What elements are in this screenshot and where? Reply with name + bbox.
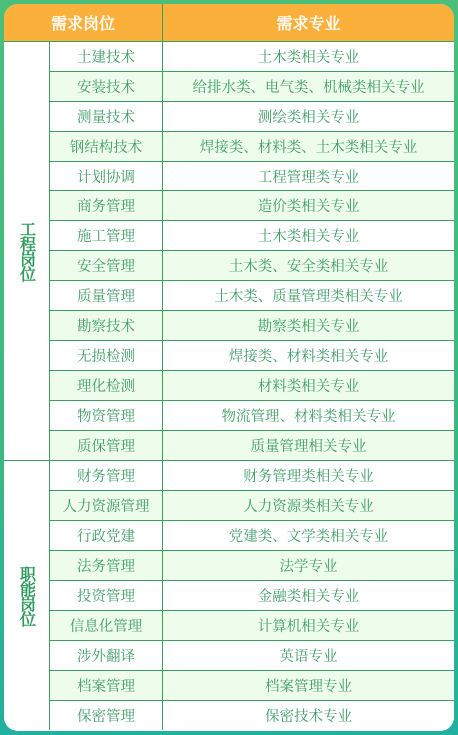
table-row: 商务管理造价类相关专业 bbox=[50, 191, 454, 221]
header-major: 需求专业 bbox=[163, 4, 454, 41]
header-position: 需求岗位 bbox=[4, 4, 163, 41]
position-cell: 理化检测 bbox=[50, 371, 163, 400]
position-cell: 勘察技术 bbox=[50, 311, 163, 340]
position-cell: 人力资源管理 bbox=[50, 491, 163, 520]
major-cell: 人力资源类相关专业 bbox=[163, 491, 454, 520]
major-cell: 计算机相关专业 bbox=[163, 611, 454, 640]
position-cell: 行政党建 bbox=[50, 521, 163, 550]
table-row: 保密管理保密技术专业 bbox=[50, 701, 454, 731]
position-cell: 保密管理 bbox=[50, 701, 163, 731]
table-row: 涉外翻译英语专业 bbox=[50, 641, 454, 671]
position-cell: 计划协调 bbox=[50, 162, 163, 191]
major-cell: 保密技术专业 bbox=[163, 701, 454, 731]
major-cell: 英语专业 bbox=[163, 641, 454, 670]
table-row: 财务管理财务管理类相关专业 bbox=[50, 461, 454, 491]
position-cell: 测量技术 bbox=[50, 102, 163, 131]
table-body: 工程岗位土建技术土木类相关专业安装技术给排水类、电气类、机械类相关专业测量技术测… bbox=[4, 42, 454, 730]
table-row: 质保管理质量管理相关专业 bbox=[50, 431, 454, 461]
position-cell: 质保管理 bbox=[50, 431, 163, 461]
position-cell: 财务管理 bbox=[50, 461, 163, 490]
table-row: 质量管理土木类、质量管理类相关专业 bbox=[50, 281, 454, 311]
major-cell: 党建类、文学类相关专业 bbox=[163, 521, 454, 550]
position-cell: 安装技术 bbox=[50, 72, 163, 101]
table-row: 计划协调工程管理类专业 bbox=[50, 162, 454, 192]
major-cell: 造价类相关专业 bbox=[163, 191, 454, 220]
table-row: 安全管理土木类、安全类相关专业 bbox=[50, 251, 454, 281]
table-row: 人力资源管理人力资源类相关专业 bbox=[50, 491, 454, 521]
group-functional: 职能岗位财务管理财务管理类相关专业人力资源管理人力资源类相关专业行政党建党建类、… bbox=[4, 461, 454, 730]
category-label: 职能岗位 bbox=[19, 566, 35, 626]
table-row: 信息化管理计算机相关专业 bbox=[50, 611, 454, 641]
major-cell: 法学专业 bbox=[163, 551, 454, 580]
category-label: 工程岗位 bbox=[19, 221, 35, 281]
major-cell: 物流管理、材料类相关专业 bbox=[163, 401, 454, 430]
position-cell: 投资管理 bbox=[50, 581, 163, 610]
category-cell: 工程岗位 bbox=[4, 42, 50, 460]
table-row: 测量技术测绘类相关专业 bbox=[50, 102, 454, 132]
table-row: 勘察技术勘察类相关专业 bbox=[50, 311, 454, 341]
position-cell: 施工管理 bbox=[50, 221, 163, 250]
table-header: 需求岗位 需求专业 bbox=[4, 4, 454, 42]
position-cell: 商务管理 bbox=[50, 191, 163, 220]
position-cell: 物资管理 bbox=[50, 401, 163, 430]
table-row: 安装技术给排水类、电气类、机械类相关专业 bbox=[50, 72, 454, 102]
position-cell: 安全管理 bbox=[50, 251, 163, 280]
table-row: 法务管理法学专业 bbox=[50, 551, 454, 581]
position-cell: 质量管理 bbox=[50, 281, 163, 310]
major-cell: 土木类、安全类相关专业 bbox=[163, 251, 454, 280]
table-row: 钢结构技术焊接类、材料类、土木类相关专业 bbox=[50, 132, 454, 162]
table-row: 行政党建党建类、文学类相关专业 bbox=[50, 521, 454, 551]
major-cell: 测绘类相关专业 bbox=[163, 102, 454, 131]
table-row: 理化检测材料类相关专业 bbox=[50, 371, 454, 401]
major-cell: 勘察类相关专业 bbox=[163, 311, 454, 340]
position-cell: 信息化管理 bbox=[50, 611, 163, 640]
position-cell: 无损检测 bbox=[50, 341, 163, 370]
position-cell: 档案管理 bbox=[50, 671, 163, 700]
table-row: 土建技术土木类相关专业 bbox=[50, 42, 454, 72]
category-cell: 职能岗位 bbox=[4, 461, 50, 730]
major-cell: 土木类相关专业 bbox=[163, 221, 454, 250]
requirements-table: 需求岗位 需求专业 工程岗位土建技术土木类相关专业安装技术给排水类、电气类、机械… bbox=[4, 4, 454, 731]
major-cell: 工程管理类专业 bbox=[163, 162, 454, 191]
major-cell: 金融类相关专业 bbox=[163, 581, 454, 610]
table-row: 无损检测焊接类、材料类相关专业 bbox=[50, 341, 454, 371]
major-cell: 土木类相关专业 bbox=[163, 42, 454, 71]
major-cell: 质量管理相关专业 bbox=[163, 431, 454, 461]
major-cell: 档案管理专业 bbox=[163, 671, 454, 700]
major-cell: 土木类、质量管理类相关专业 bbox=[163, 281, 454, 310]
major-cell: 焊接类、材料类、土木类相关专业 bbox=[163, 132, 454, 161]
major-cell: 材料类相关专业 bbox=[163, 371, 454, 400]
table-row: 投资管理金融类相关专业 bbox=[50, 581, 454, 611]
position-cell: 涉外翻译 bbox=[50, 641, 163, 670]
table-row: 物资管理物流管理、材料类相关专业 bbox=[50, 401, 454, 431]
group-engineering: 工程岗位土建技术土木类相关专业安装技术给排水类、电气类、机械类相关专业测量技术测… bbox=[4, 42, 454, 461]
position-cell: 钢结构技术 bbox=[50, 132, 163, 161]
table-row: 施工管理土木类相关专业 bbox=[50, 221, 454, 251]
major-cell: 财务管理类相关专业 bbox=[163, 461, 454, 490]
position-cell: 法务管理 bbox=[50, 551, 163, 580]
major-cell: 焊接类、材料类相关专业 bbox=[163, 341, 454, 370]
major-cell: 给排水类、电气类、机械类相关专业 bbox=[163, 72, 454, 101]
position-cell: 土建技术 bbox=[50, 42, 163, 71]
table-row: 档案管理档案管理专业 bbox=[50, 671, 454, 701]
